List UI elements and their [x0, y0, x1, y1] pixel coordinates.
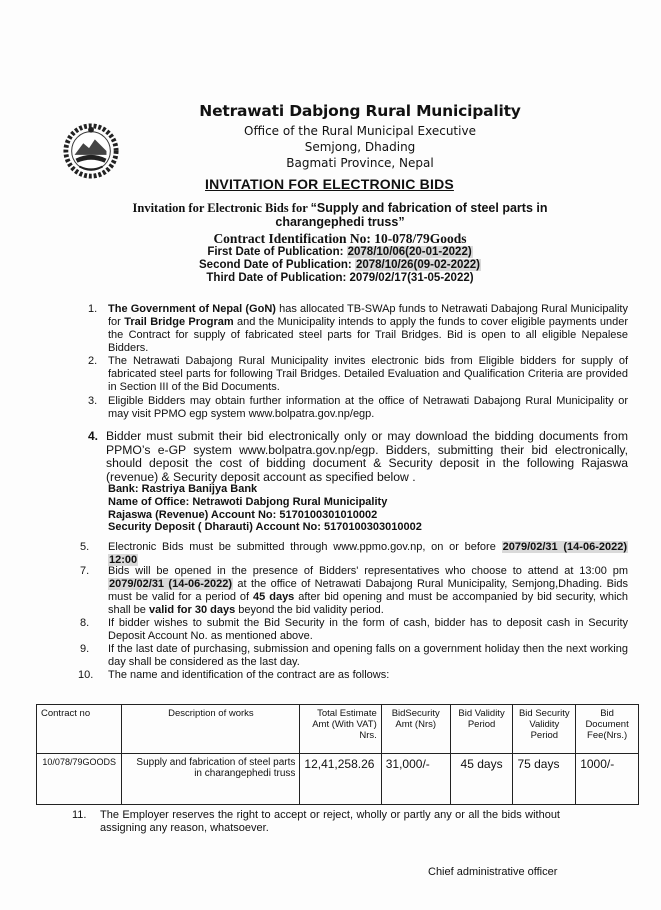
submission-deadline: 2079/02/31 (14-06-2022)	[502, 541, 628, 553]
publication-date-second: Second Date of Publication: 2078/10/26(0…	[100, 259, 580, 271]
table-row: 10/078/79GOODS Supply and fabrication of…	[37, 754, 639, 805]
cell-description: Supply and fabrication of steel parts in…	[122, 754, 300, 805]
bank-name: Bank: Rastriya Banijya Bank	[108, 483, 257, 495]
header-description: Description of works	[122, 705, 300, 754]
tender-notice-page: Netrawati Dabjong Rural Municipality Off…	[0, 0, 661, 910]
subtitle-project: “Supply and fabrication of steel parts i…	[275, 201, 547, 229]
opening-date: 2079/02/31 (14-06-2022)	[108, 578, 233, 590]
signature-title: Chief administrative officer	[428, 866, 557, 878]
office-account-name: Name of Office: Netrawoti Dabjong Rural …	[108, 496, 387, 508]
header-contract-no: Contract no	[37, 705, 122, 754]
revenue-account-number: Rajaswa (Revenue) Account No: 5170100301…	[108, 509, 377, 521]
subtitle-prefix: Invitation for Electronic Bids for	[133, 201, 308, 215]
cell-bid-validity: 45 days	[450, 754, 513, 805]
security-account-number: Security Deposit ( Dharauti) Account No:…	[108, 521, 422, 533]
notice-title: Invitation For Electronic Bids	[205, 176, 465, 192]
header-bid-security: BidSecurity Amt (Nrs)	[381, 705, 450, 754]
office-location: Semjong, Dhading	[150, 140, 570, 154]
header-security-validity: Bid Security Validity Period	[513, 705, 576, 754]
notice-subtitle: Invitation for Electronic Bids for “Supp…	[100, 201, 580, 229]
header-bid-validity: Bid Validity Period	[450, 705, 513, 754]
publication-date-first: First Date of Publication: 2078/10/06(20…	[100, 246, 580, 258]
office-province: Bagmati Province, Nepal	[150, 156, 570, 170]
publication-date-third: Third Date of Publication: 2079/02/17(31…	[100, 272, 580, 284]
cell-security-validity: 75 days	[513, 754, 576, 805]
office-name: Office of the Rural Municipal Executive	[150, 124, 570, 138]
cell-document-fee: 1000/-	[576, 754, 639, 805]
header-total-estimate: Total Estimate Amt (With VAT) Nrs.	[300, 705, 381, 754]
cell-total-estimate: 12,41,258.26	[300, 754, 381, 805]
cell-contract-no: 10/078/79GOODS	[37, 754, 122, 805]
cell-bid-security: 31,000/-	[381, 754, 450, 805]
contract-identification: Contract Identification No: 10-078/79Goo…	[100, 231, 580, 247]
contract-table: Contract no Description of works Total E…	[36, 704, 639, 805]
header-document-fee: Bid Document Fee(Nrs.)	[576, 705, 639, 754]
organization-name: Netrawati Dabjong Rural Municipality	[150, 102, 570, 120]
table-header-row: Contract no Description of works Total E…	[37, 705, 639, 754]
nepal-government-emblem-icon	[62, 122, 120, 180]
